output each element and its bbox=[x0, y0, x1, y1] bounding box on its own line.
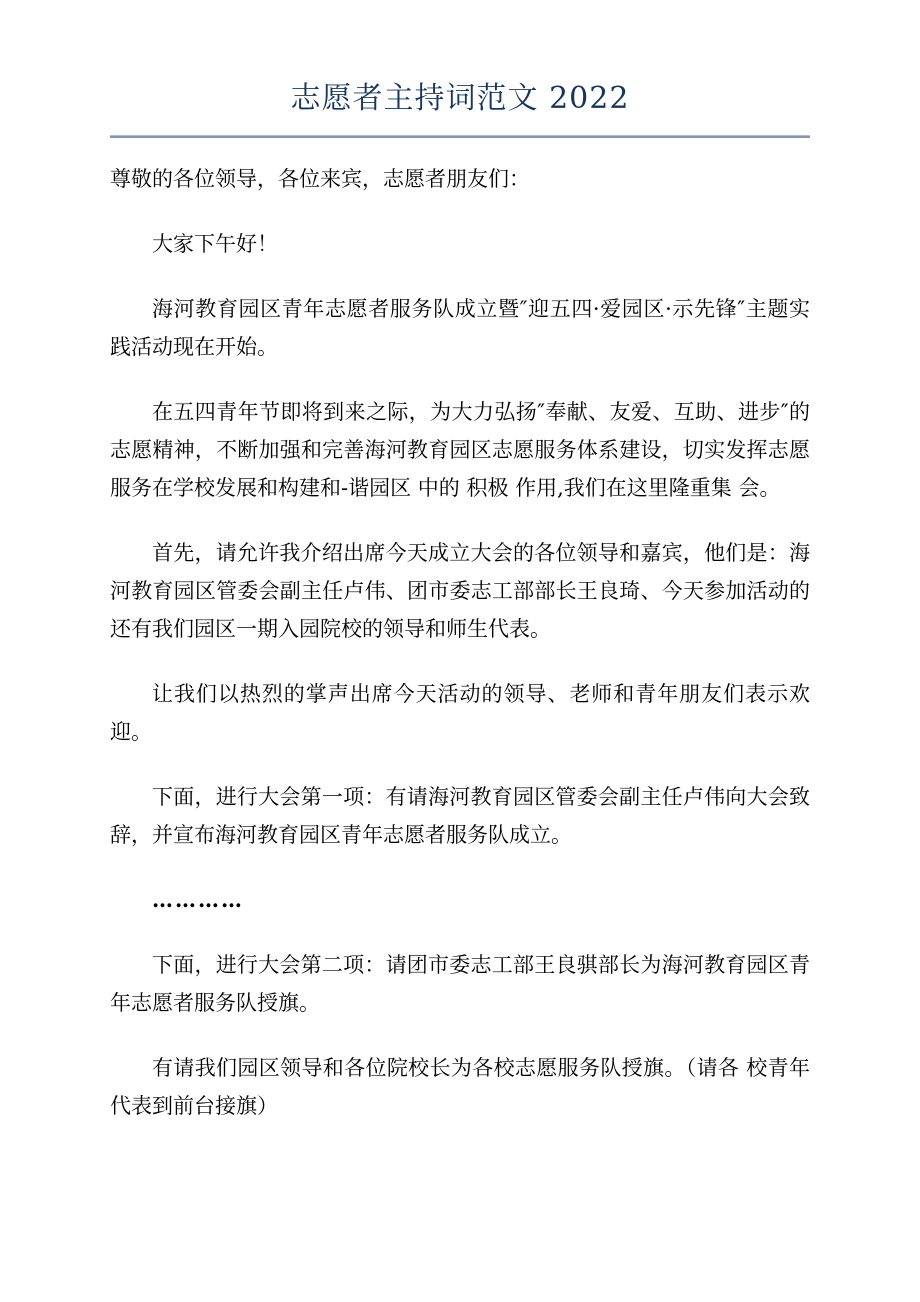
paragraph: 有请我们园区领导和各位院校长为各校志愿服务队授旗。（请各 校青年代表到前台接旗） bbox=[110, 1049, 810, 1125]
paragraph: 首先，请允许我介绍出席今天成立大会的各位领导和嘉宾，他们是：海河教育园区管委会副… bbox=[110, 534, 810, 648]
page-title: 志愿者主持词范文 2022 bbox=[110, 76, 810, 122]
paragraph: 下面，进行大会第一项：有请海河教育园区管委会副主任卢伟向大会致辞，并宣布海河教育… bbox=[110, 778, 810, 854]
paragraph: 海河教育园区青年志愿者服务队成立暨″迎五四·爱园区·示先锋″主题实践活动现在开始… bbox=[110, 290, 810, 366]
paragraph: 下面，进行大会第二项：请团市委志工部王良骐部长为海河教育园区青年志愿者服务队授旗… bbox=[110, 946, 810, 1022]
document-content: 志愿者主持词范文 2022 尊敬的各位领导，各位来宾，志愿者朋友们：大家下午好！… bbox=[110, 0, 810, 1125]
paragraph: 让我们以热烈的掌声出席今天活动的领导、老师和青年朋友们表示欢迎。 bbox=[110, 675, 810, 751]
paragraph: 尊敬的各位领导，各位来宾，志愿者朋友们： bbox=[110, 160, 810, 198]
document-page: 志愿者主持词范文 2022 尊敬的各位领导，各位来宾，志愿者朋友们：大家下午好！… bbox=[0, 0, 920, 1302]
document-body: 尊敬的各位领导，各位来宾，志愿者朋友们：大家下午好！海河教育园区青年志愿者服务队… bbox=[110, 160, 810, 1125]
paragraph: 大家下午好！ bbox=[110, 225, 810, 263]
ellipsis-line: ………… bbox=[110, 881, 810, 919]
paragraph: 在五四青年节即将到来之际，为大力弘扬″奉献、友爱、互助、进步″的志愿精神，不断加… bbox=[110, 393, 810, 507]
title-divider bbox=[110, 135, 810, 138]
